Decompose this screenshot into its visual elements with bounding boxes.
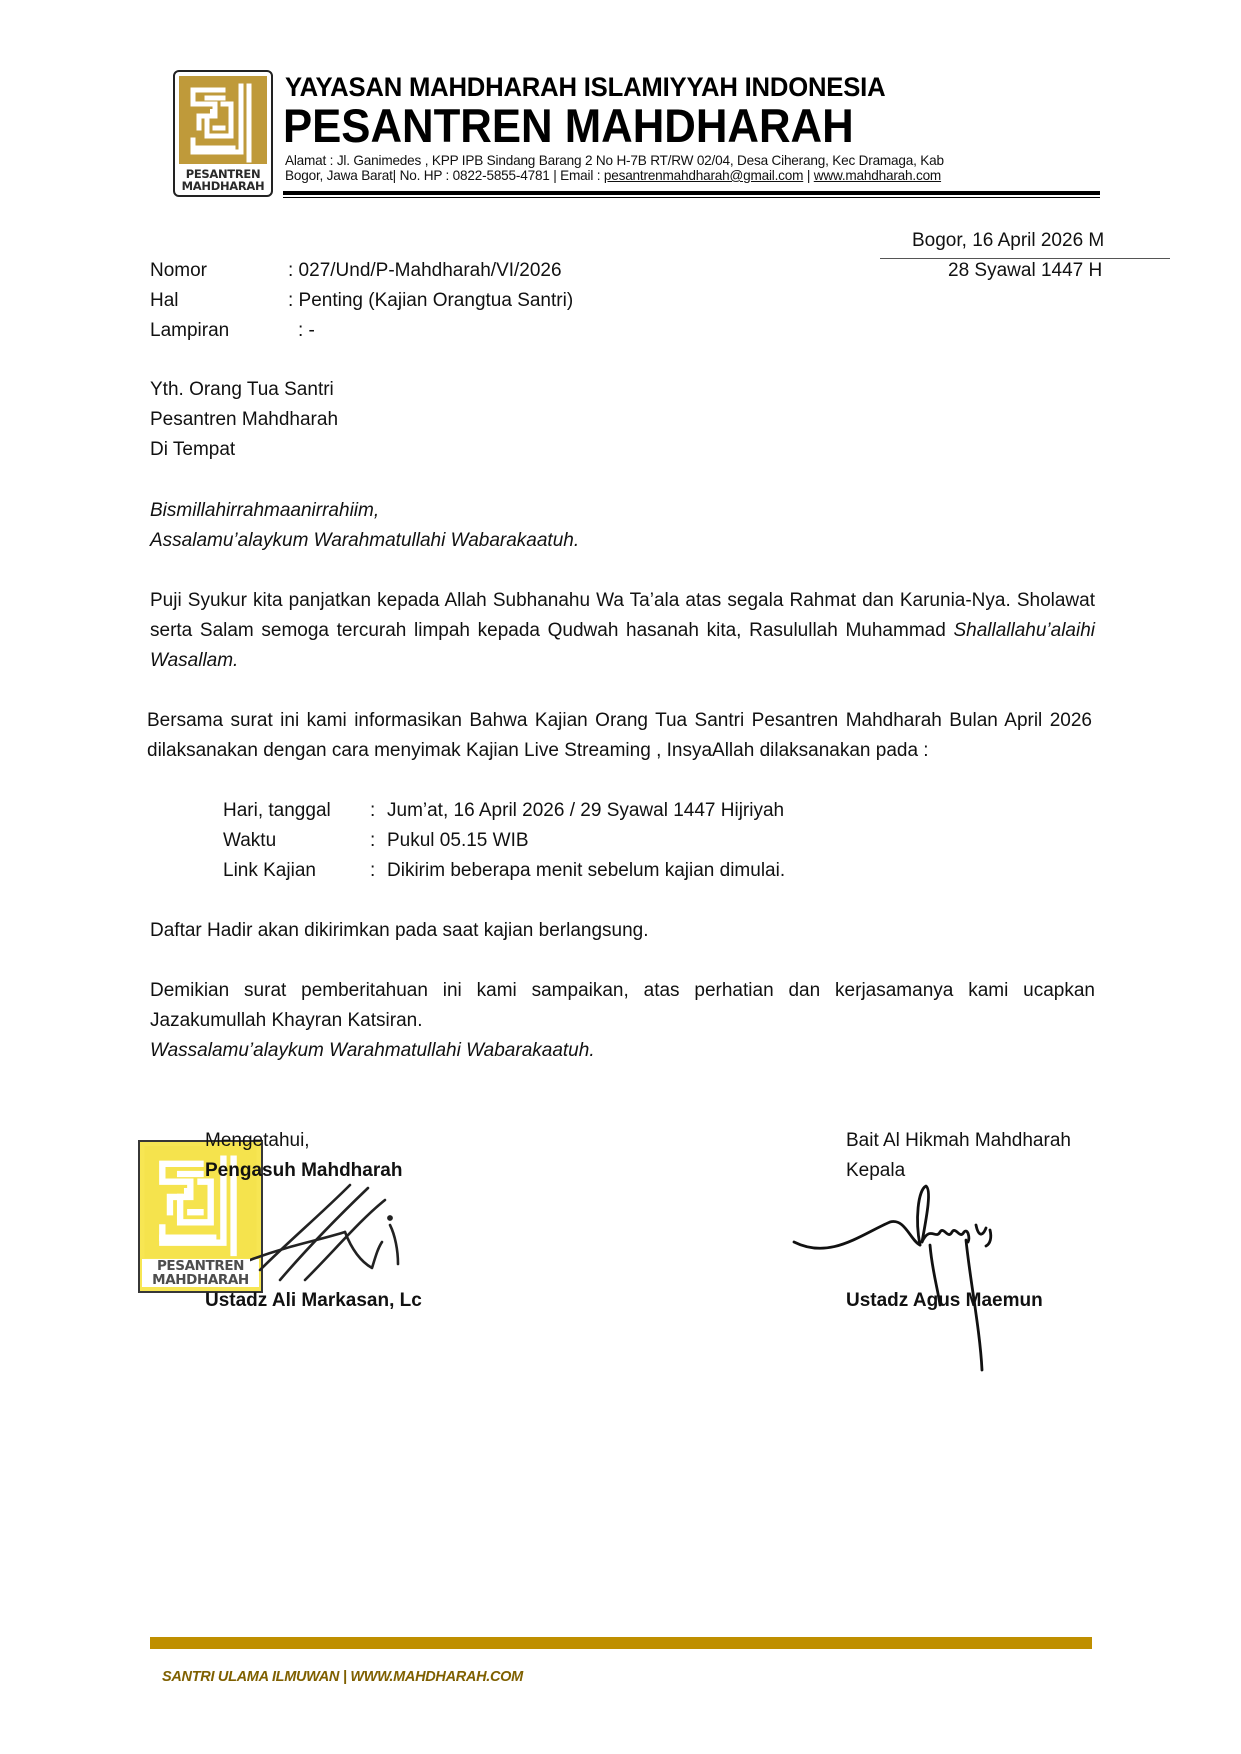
detail-colon-link: : xyxy=(370,856,375,886)
logo-wordmark: PESANTREN MAHDHARAH xyxy=(175,168,271,192)
detail-value-date: Jum’at, 16 April 2026 / 29 Syawal 1447 H… xyxy=(387,796,784,826)
institution-name: PESANTREN MAHDHARAH xyxy=(283,98,854,153)
header-rule-thick xyxy=(283,191,1100,195)
detail-label-time: Waktu xyxy=(223,826,276,856)
website-link[interactable]: www.mahdharah.com xyxy=(814,168,941,183)
attendance-note: Daftar Hadir akan dikirimkan pada saat k… xyxy=(150,916,649,946)
left-sign-name: Ustadz Ali Markasan, Lc xyxy=(205,1286,422,1316)
contact-separator: | xyxy=(803,168,814,183)
recipient-line-1: Yth. Orang Tua Santri xyxy=(150,375,334,405)
detail-value-time: Pukul 05.15 WIB xyxy=(387,826,529,856)
right-sign-org: Bait Al Hikmah Mahdharah xyxy=(846,1126,1071,1156)
meta-label-nomor: Nomor xyxy=(150,256,207,286)
institution-logo: PESANTREN MAHDHARAH xyxy=(173,70,273,197)
meta-label-lampiran: Lampiran xyxy=(150,316,229,346)
right-signature-icon xyxy=(790,1180,1020,1380)
closing-paragraph: Demikian surat pemberitahuan ini kami sa… xyxy=(150,976,1095,1036)
praise-paragraph: Puji Syukur kita panjatkan kepada Allah … xyxy=(150,586,1095,676)
recipient-line-3: Di Tempat xyxy=(150,435,235,465)
detail-colon-date: : xyxy=(370,796,375,826)
detail-value-link: Dikirim beberapa menit sebelum kajian di… xyxy=(387,856,785,886)
announcement-paragraph: Bersama surat ini kami informasikan Bahw… xyxy=(147,706,1092,766)
header-rule-thin xyxy=(283,197,1100,198)
closing-salam: Wassalamu’alaykum Warahmatullahi Wabarak… xyxy=(150,1036,595,1066)
left-signature-icon xyxy=(250,1160,430,1290)
meta-value-hal: : Penting (Kajian Orangtua Santri) xyxy=(288,286,573,316)
email-link[interactable]: pesantrenmahdharah@gmail.com xyxy=(604,168,803,183)
date-hijri: 28 Syawal 1447 H xyxy=(948,256,1102,286)
detail-label-date: Hari, tanggal xyxy=(223,796,331,826)
footer-tagline: SANTRI ULAMA ILMUWAN | WWW.MAHDHARAH.COM xyxy=(162,1669,523,1685)
address-block: Alamat : Jl. Ganimedes , KPP IPB Sindang… xyxy=(285,153,944,183)
address-line-2: Bogor, Jawa Barat| No. HP : 0822-5855-47… xyxy=(285,168,944,183)
logo-text-line2: MAHDHARAH xyxy=(175,180,271,192)
opening-salam: Assalamu’alaykum Warahmatullahi Wabaraka… xyxy=(150,526,579,556)
detail-label-link: Link Kajian xyxy=(223,856,316,886)
right-sign-name: Ustadz Agus Maemun xyxy=(846,1286,1043,1316)
meta-value-nomor: : 027/Und/P-Mahdharah/VI/2026 xyxy=(288,256,562,286)
stamp-text-line2: MAHDHARAH xyxy=(142,1273,259,1287)
left-sign-intro: Mengetahui, xyxy=(205,1126,310,1156)
stamp-text-line1: PESANTREN xyxy=(142,1259,259,1273)
recipient-line-2: Pesantren Mahdharah xyxy=(150,405,338,435)
meta-label-hal: Hal xyxy=(150,286,179,316)
stamp-wordmark: PESANTREN MAHDHARAH xyxy=(142,1259,259,1287)
date-gregorian: Bogor, 16 April 2026 M xyxy=(912,226,1104,256)
detail-colon-time: : xyxy=(370,826,375,856)
footer-bar xyxy=(150,1637,1092,1649)
basmalah: Bismillahirrahmaanirrahiim, xyxy=(150,496,379,526)
meta-value-lampiran: : - xyxy=(298,316,315,346)
kufic-calligraphy-icon xyxy=(179,76,267,164)
contact-prefix: Bogor, Jawa Barat| No. HP : 0822-5855-47… xyxy=(285,168,604,183)
address-line-1: Alamat : Jl. Ganimedes , KPP IPB Sindang… xyxy=(285,153,944,168)
